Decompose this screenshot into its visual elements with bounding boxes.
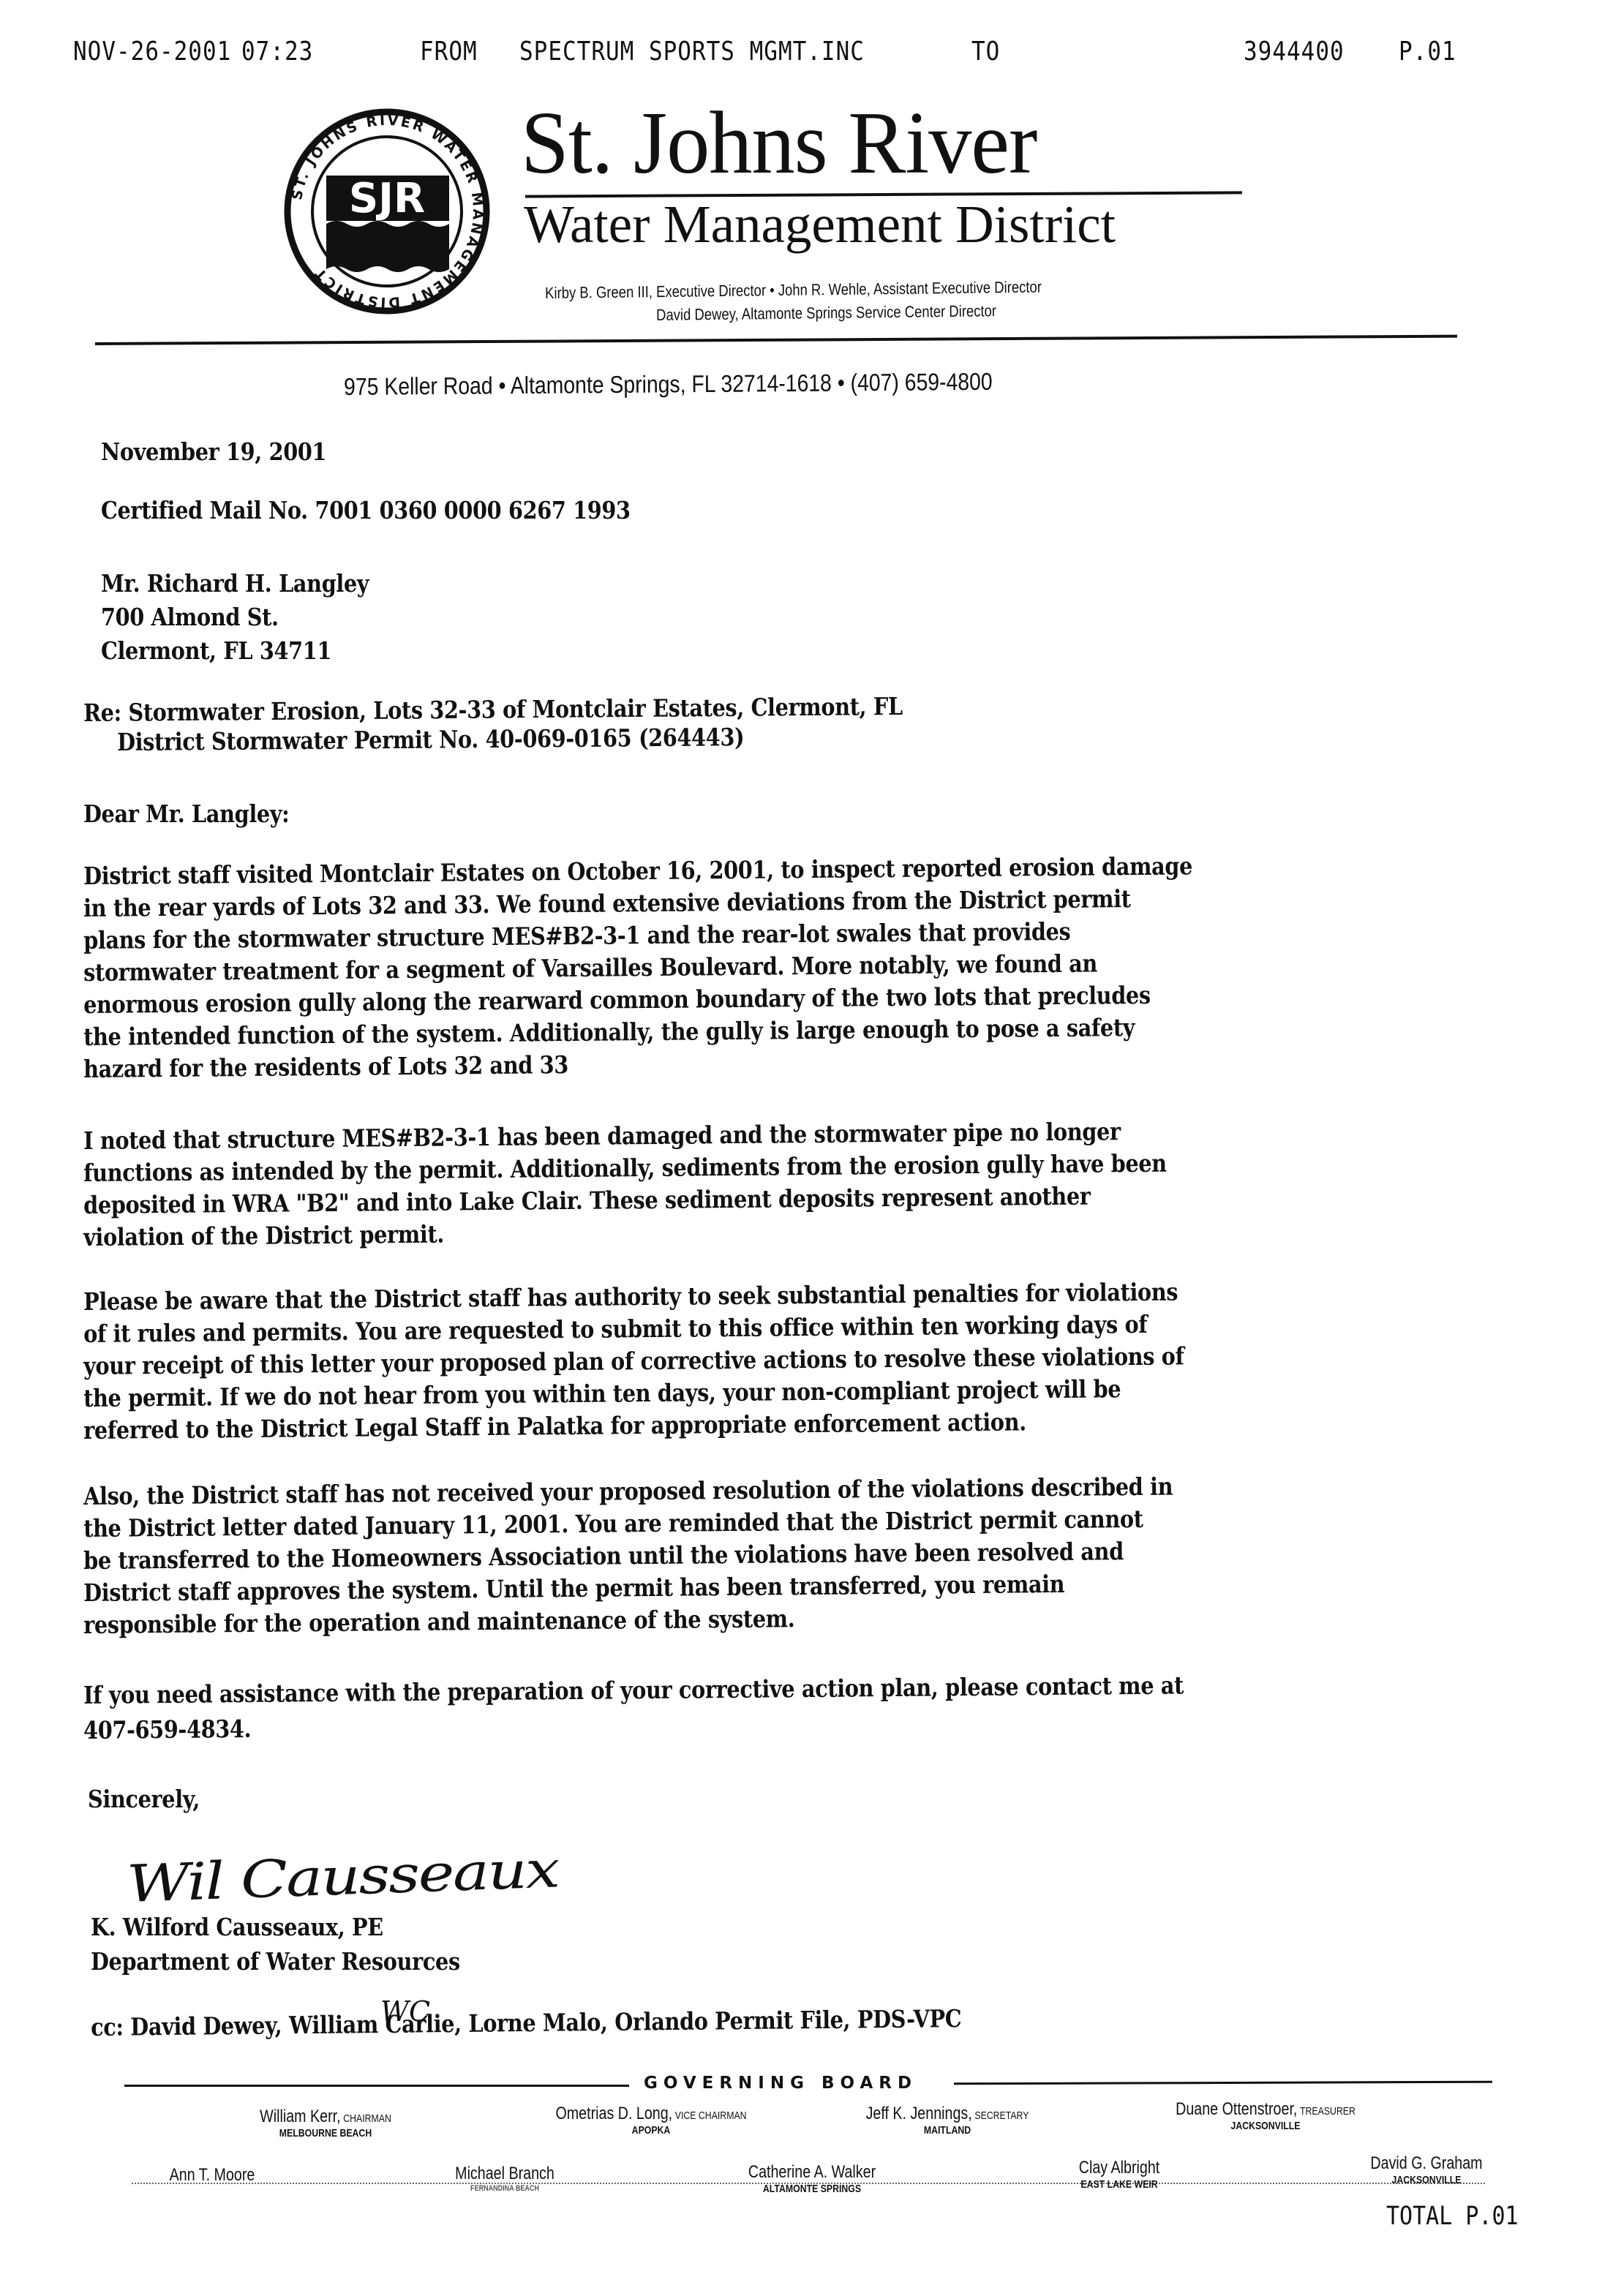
member-name: Clay Albright [1079, 2158, 1159, 2178]
member-name: Duane Ottenstroer, [1176, 2099, 1297, 2119]
paragraph-line: be transferred to the Homeowners Associa… [83, 1537, 1124, 1575]
member-title: Treasurer [1300, 2105, 1356, 2118]
member-name: Catherine A. Walker [748, 2162, 876, 2182]
paragraph-line: If you need assistance with the preparat… [83, 1671, 1184, 1709]
paragraph-line: the permit. If we do not hear from you w… [83, 1374, 1121, 1412]
member-city: Apopka [531, 2124, 771, 2137]
board-member: Catherine A. Walker Altamonte Springs [728, 2162, 896, 2195]
recipient-street: 700 Almond St. [101, 603, 279, 631]
fax-number: 3944400 [1244, 37, 1345, 67]
fax-from-label: FROM [420, 37, 478, 67]
paragraph-line: Please be aware that the District staff … [83, 1277, 1178, 1316]
member-name: Michael Branch [455, 2164, 554, 2183]
member-city: Maitland [846, 2124, 1050, 2137]
recipient-name: Mr. Richard H. Langley [101, 569, 369, 598]
paragraph-line: in the rear yards of Lots 32 and 33. We … [83, 884, 1131, 922]
governing-board-rule-right [954, 2081, 1492, 2085]
subject-line: Re: Stormwater Erosion, Lots 32-33 of Mo… [83, 692, 903, 727]
board-member: David G. Graham Jacksonville [1355, 2153, 1499, 2186]
fax-date: NOV-26-2001 [73, 37, 231, 67]
paragraph-line: enormous erosion gully along the rearwar… [83, 981, 1151, 1019]
organization-subtitle: Water Management District [524, 197, 1116, 251]
sjr-seal-icon: ST. JOHNS RIVER WATER MANAGEMENT DISTRIC… [284, 108, 490, 315]
board-member: William Kerr, Chairman Melbourne Beach [233, 2107, 418, 2139]
fax-to-label: TO [971, 37, 1000, 67]
handwritten-signature: Wil Causseaux [126, 1839, 560, 1914]
paragraph-line: deposited in WRA "B2" and into Lake Clai… [83, 1182, 1091, 1219]
paragraph-line: of it rules and permits. You are request… [83, 1310, 1147, 1348]
fax-sender: SPECTRUM SPORTS MGMT.INC [519, 37, 865, 67]
closing: Sincerely, [88, 1785, 200, 1813]
member-name: Jeff K. Jennings, [866, 2104, 972, 2123]
paragraph-line: Also, the District staff has not receive… [83, 1472, 1173, 1510]
letter-date: November 19, 2001 [101, 437, 326, 466]
board-member: Jeff K. Jennings, Secretary Maitland [846, 2104, 1050, 2137]
salutation: Dear Mr. Langley: [83, 799, 289, 828]
contact-phone: 407-659-4834. [83, 1715, 251, 1744]
member-name: David G. Graham [1370, 2153, 1482, 2173]
board-member: Clay Albright East Lake Weir [1053, 2158, 1185, 2191]
member-city: Jacksonville [1355, 2174, 1499, 2186]
letterhead-rule [95, 335, 1457, 345]
paragraph-line: the District letter dated January 11, 20… [83, 1505, 1143, 1543]
board-member: Ometrias D. Long, Vice Chairman Apopka [531, 2104, 771, 2137]
board-member: Duane Ottenstroer, Treasurer Jacksonvill… [1151, 2099, 1380, 2132]
member-city: Jacksonville [1151, 2120, 1380, 2132]
service-center-director-line: David Dewey, Altamonte Springs Service C… [656, 301, 996, 325]
cc-list: cc: David Dewey, William Carlie, Lorne M… [91, 2004, 961, 2041]
member-name: Ann T. Moore [170, 2165, 255, 2185]
paragraph-line: the intended function of the system. Add… [83, 1013, 1135, 1051]
paragraph-line: your receipt of this letter your propose… [83, 1341, 1184, 1380]
paragraph-line: District staff visited Montclair Estates… [83, 851, 1192, 890]
member-name: Ometrias D. Long, [555, 2104, 672, 2123]
paragraph-line: responsible for the operation and mainte… [83, 1604, 794, 1639]
signer-department: Department of Water Resources [91, 1947, 460, 1976]
fax-page: P.01 [1399, 37, 1456, 67]
paragraph-line: stormwater treatment for a segment of Va… [83, 949, 1097, 987]
certified-mail-number: Certified Mail No. 7001 0360 0000 6267 1… [101, 496, 631, 524]
paragraph-line: violation of the District permit. [83, 1220, 444, 1251]
paragraph-line: plans for the stormwater structure MES#B… [83, 917, 1070, 955]
recipient-city: Clermont, FL 34711 [101, 636, 331, 665]
board-member: Ann T. Moore [152, 2165, 272, 2186]
governing-board-rule-left [124, 2085, 629, 2087]
permit-number-line: District Stormwater Permit No. 40-069-01… [117, 723, 744, 756]
member-city: East Lake Weir [1053, 2178, 1185, 2191]
paragraph-line: referred to the District Legal Staff in … [83, 1407, 1026, 1445]
paragraph-line: hazard for the residents of Lots 32 and … [83, 1050, 568, 1083]
district-address: 975 Keller Road • Altamonte Springs, FL … [344, 368, 993, 401]
member-city: Melbourne Beach [233, 2127, 418, 2139]
governing-board-title: GOVERNING BOARD [644, 2074, 917, 2093]
member-title: Vice Chairman [675, 2109, 747, 2122]
executive-staff-line: Kirby B. Green III, Executive Director •… [545, 278, 1042, 303]
signer-name: K. Wilford Causseaux, PE [91, 1913, 383, 1941]
member-title: Secretary [974, 2109, 1029, 2122]
fax-time: 07:23 [241, 37, 313, 67]
member-city: Fernandina Beach [439, 2184, 571, 2193]
paragraph-line: functions as intended by the permit. Add… [83, 1149, 1167, 1187]
member-name: William Kerr, [260, 2107, 340, 2126]
paragraph-line: District staff approves the system. Unti… [83, 1570, 1064, 1607]
fax-total-pages: TOTAL P.01 [1386, 2202, 1519, 2231]
board-member: Michael Branch Fernandina Beach [439, 2164, 571, 2193]
member-city: Altamonte Springs [728, 2183, 896, 2195]
paragraph-line: I noted that structure MES#B2-3-1 has be… [83, 1117, 1121, 1155]
seal-monogram: SJR [349, 175, 425, 222]
member-title: Chairman [343, 2112, 391, 2125]
organization-title: St. Johns River [521, 99, 1037, 188]
